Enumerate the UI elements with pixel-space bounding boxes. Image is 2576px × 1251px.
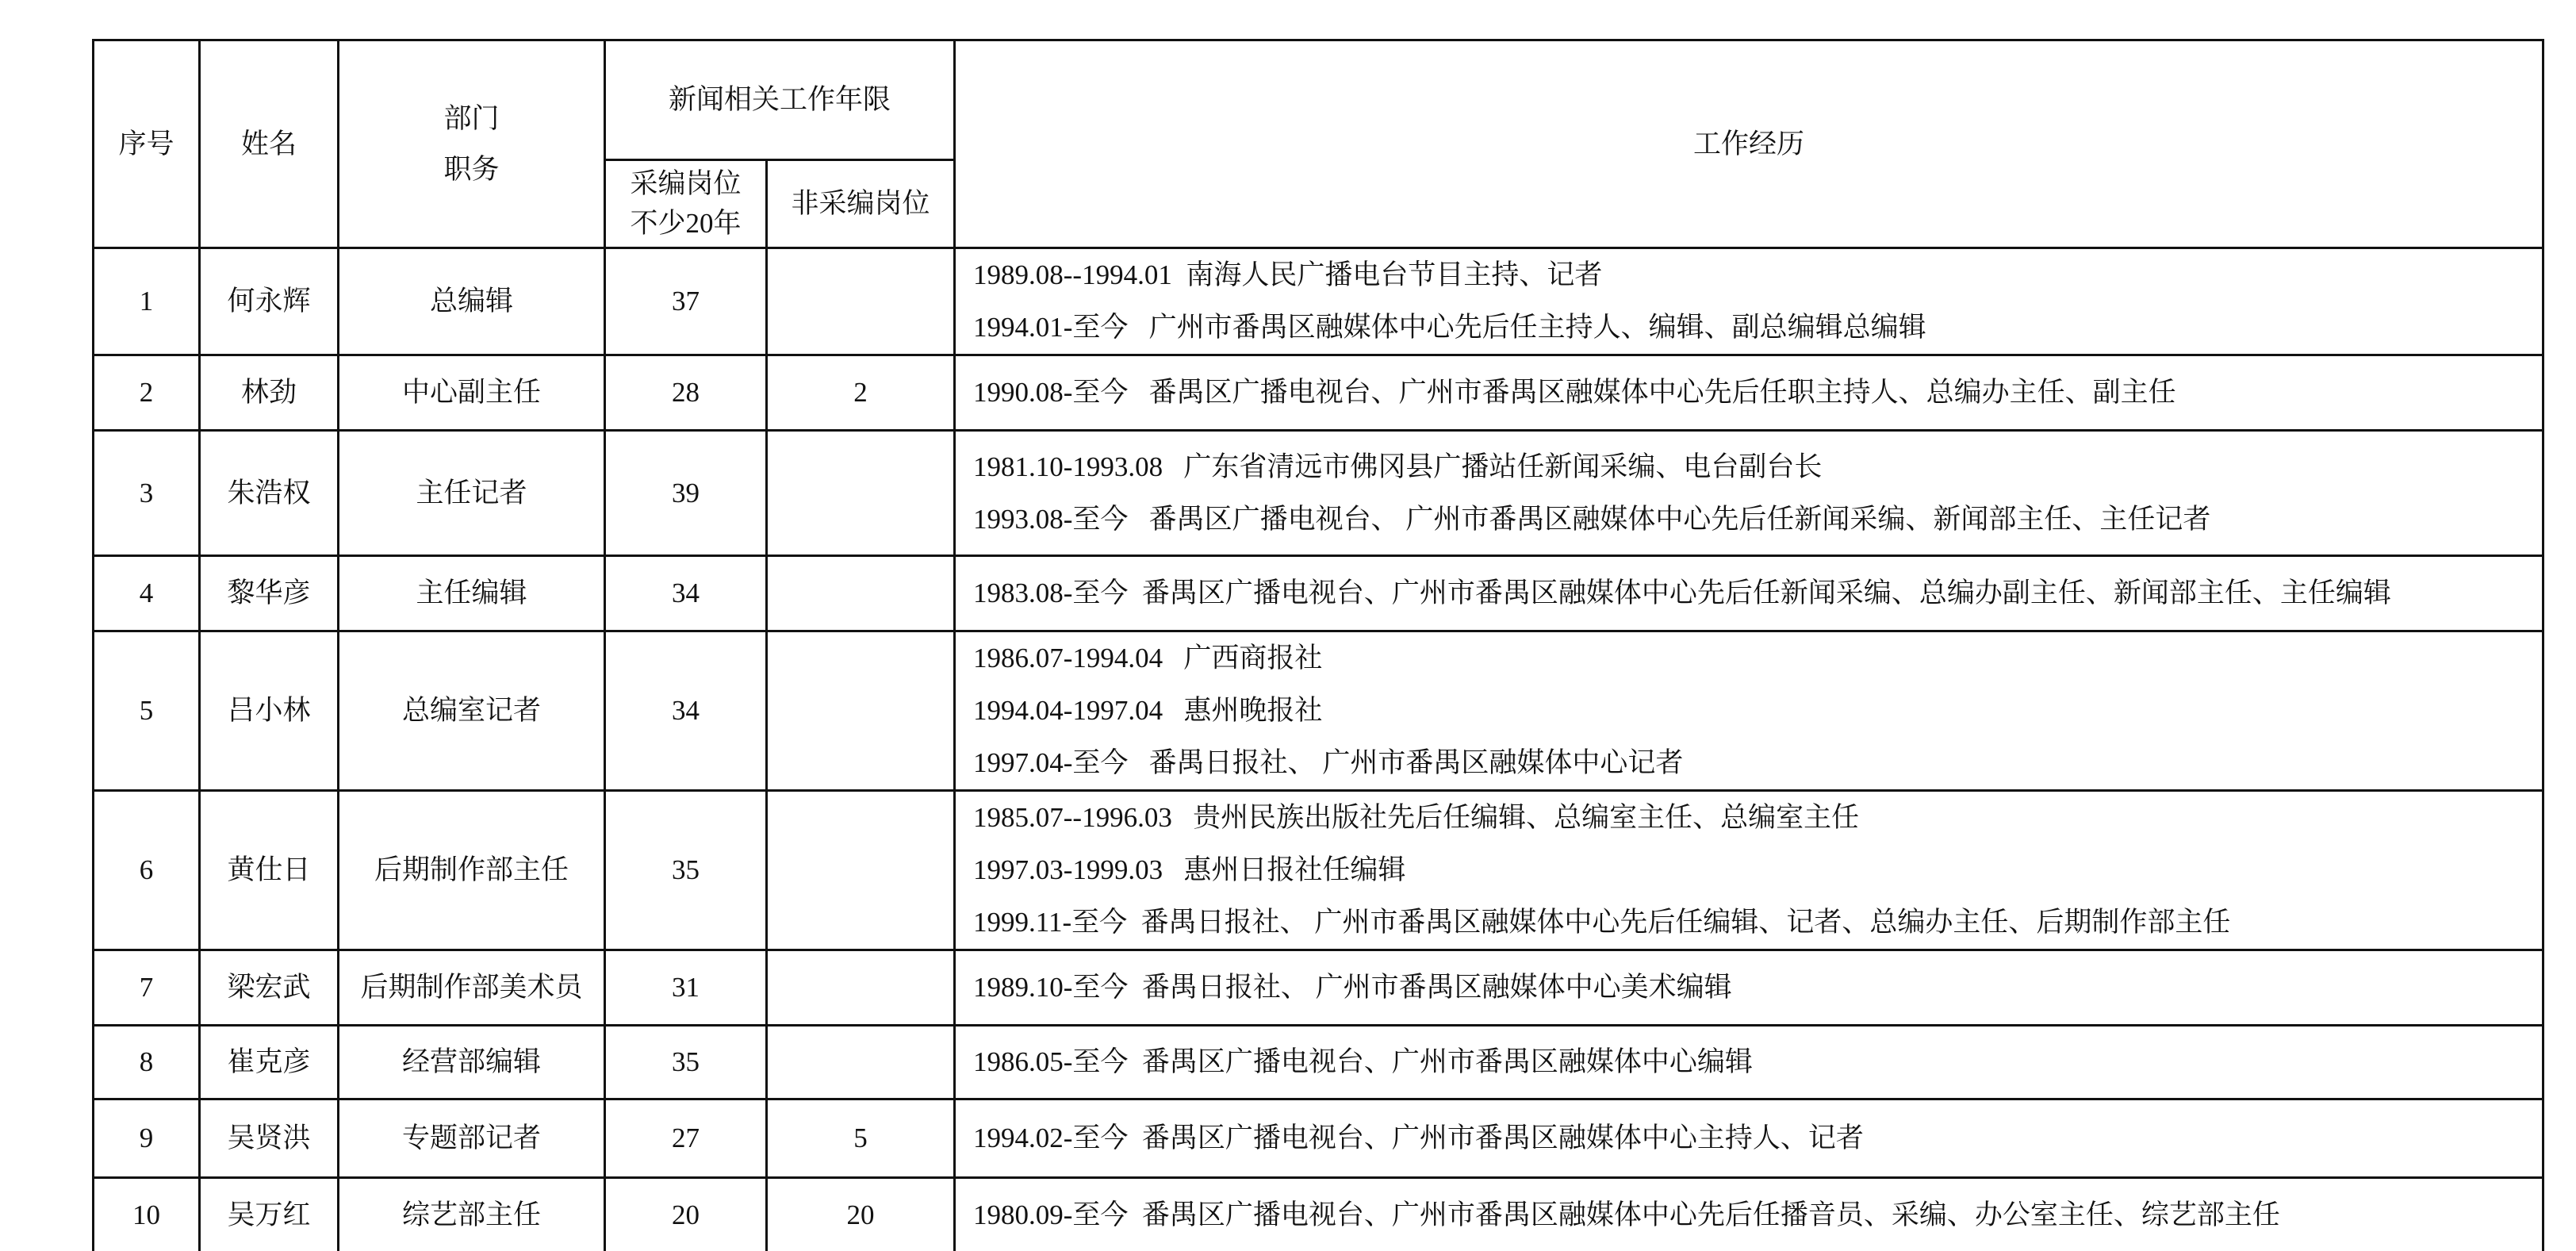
header-dept: 部门	[339, 94, 604, 144]
cell-name: 何永辉	[200, 248, 339, 355]
experience-line: 1981.10-1993.08 广东省清远市佛冈县广播站任新闻采编、电台副台长	[973, 441, 2542, 493]
cell-editorial-years: 39	[605, 431, 767, 556]
cell-seq: 4	[94, 556, 200, 631]
cell-non-editorial-years	[767, 1026, 955, 1099]
header-years-group: 新闻相关工作年限	[605, 40, 955, 160]
cell-non-editorial-years	[767, 556, 955, 631]
cell-name: 林劲	[200, 355, 339, 431]
cell-position: 专题部记者	[339, 1099, 605, 1178]
header-editorial-line1: 采编岗位	[606, 164, 765, 204]
experience-line: 1999.11-至今 番禺日报社、 广州市番禺区融媒体中心先后任编辑、记者、总编…	[973, 896, 2542, 949]
cell-position: 主任编辑	[339, 556, 605, 631]
experience-line: 1990.08-至今 番禺区广播电视台、广州市番禺区融媒体中心先后任职主持人、总…	[973, 366, 2542, 419]
experience-line: 1997.04-至今 番禺日报社、 广州市番禺区融媒体中心记者	[973, 737, 2542, 789]
cell-position: 总编辑	[339, 248, 605, 355]
cell-seq: 10	[94, 1178, 200, 1251]
experience-line: 1985.07--1996.03 贵州民族出版社先后任编辑、总编室主任、总编室主…	[973, 792, 2542, 844]
cell-experience: 1985.07--1996.03 贵州民族出版社先后任编辑、总编室主任、总编室主…	[955, 791, 2543, 950]
cell-name: 崔克彦	[200, 1026, 339, 1099]
cell-name: 吴贤洪	[200, 1099, 339, 1178]
table-row: 1 何永辉 总编辑 37 1989.08--1994.01 南海人民广播电台节目…	[94, 248, 2543, 355]
cell-name: 黄仕日	[200, 791, 339, 950]
cell-experience: 1980.09-至今 番禺区广播电视台、广州市番禺区融媒体中心先后任播音员、采编…	[955, 1178, 2543, 1251]
table-row: 9 吴贤洪 专题部记者 27 5 1994.02-至今 番禺区广播电视台、广州市…	[94, 1099, 2543, 1178]
cell-name: 吕小林	[200, 631, 339, 791]
cell-experience: 1989.10-至今 番禺日报社、 广州市番禺区融媒体中心美术编辑	[955, 950, 2543, 1026]
cell-seq: 2	[94, 355, 200, 431]
cell-position: 经营部编辑	[339, 1026, 605, 1099]
table-row: 10 吴万红 综艺部主任 20 20 1980.09-至今 番禺区广播电视台、广…	[94, 1178, 2543, 1251]
experience-line: 1994.01-至今 广州市番禺区融媒体中心先后任主持人、编辑、副总编辑总编辑	[973, 301, 2542, 354]
cell-seq: 6	[94, 791, 200, 950]
cell-seq: 9	[94, 1099, 200, 1178]
experience-line: 1989.10-至今 番禺日报社、 广州市番禺区融媒体中心美术编辑	[973, 961, 2542, 1014]
cell-editorial-years: 31	[605, 950, 767, 1026]
header-experience: 工作经历	[955, 40, 2543, 248]
staff-experience-table: 序号 姓名 部门 职务 新闻相关工作年限 工作经历 采编岗位 不少20年 非采编…	[92, 39, 2544, 1251]
cell-non-editorial-years	[767, 950, 955, 1026]
cell-seq: 3	[94, 431, 200, 556]
cell-name: 朱浩权	[200, 431, 339, 556]
cell-editorial-years: 20	[605, 1178, 767, 1251]
experience-line: 1993.08-至今 番禺区广播电视台、 广州市番禺区融媒体中心先后任新闻采编、…	[973, 493, 2542, 546]
cell-experience: 1989.08--1994.01 南海人民广播电台节目主持、记者1994.01-…	[955, 248, 2543, 355]
cell-non-editorial-years: 2	[767, 355, 955, 431]
experience-line: 1983.08-至今 番禺区广播电视台、广州市番禺区融媒体中心先后任新闻采编、总…	[973, 567, 2542, 620]
cell-editorial-years: 35	[605, 791, 767, 950]
cell-editorial-years: 35	[605, 1026, 767, 1099]
table-row: 4 黎华彦 主任编辑 34 1983.08-至今 番禺区广播电视台、广州市番禺区…	[94, 556, 2543, 631]
header-seq: 序号	[94, 40, 200, 248]
cell-editorial-years: 34	[605, 556, 767, 631]
cell-position: 后期制作部美术员	[339, 950, 605, 1026]
cell-position: 综艺部主任	[339, 1178, 605, 1251]
cell-experience: 1986.07-1994.04 广西商报社1994.04-1997.04 惠州晚…	[955, 631, 2543, 791]
cell-editorial-years: 34	[605, 631, 767, 791]
header-name: 姓名	[200, 40, 339, 248]
cell-experience: 1994.02-至今 番禺区广播电视台、广州市番禺区融媒体中心主持人、记者	[955, 1099, 2543, 1178]
header-dept-position: 部门 职务	[339, 40, 605, 248]
cell-editorial-years: 28	[605, 355, 767, 431]
table-row: 7 梁宏武 后期制作部美术员 31 1989.10-至今 番禺日报社、 广州市番…	[94, 950, 2543, 1026]
cell-experience: 1986.05-至今 番禺区广播电视台、广州市番禺区融媒体中心编辑	[955, 1026, 2543, 1099]
header-position: 职务	[339, 144, 604, 195]
cell-experience: 1990.08-至今 番禺区广播电视台、广州市番禺区融媒体中心先后任职主持人、总…	[955, 355, 2543, 431]
cell-name: 黎华彦	[200, 556, 339, 631]
experience-line: 1989.08--1994.01 南海人民广播电台节目主持、记者	[973, 249, 2542, 301]
header-editorial-years: 采编岗位 不少20年	[605, 160, 767, 248]
experience-line: 1986.05-至今 番禺区广播电视台、广州市番禺区融媒体中心编辑	[973, 1036, 2542, 1088]
cell-non-editorial-years	[767, 431, 955, 556]
cell-name: 吴万红	[200, 1178, 339, 1251]
cell-non-editorial-years: 5	[767, 1099, 955, 1178]
cell-seq: 1	[94, 248, 200, 355]
cell-seq: 5	[94, 631, 200, 791]
table-row: 6 黄仕日 后期制作部主任 35 1985.07--1996.03 贵州民族出版…	[94, 791, 2543, 950]
header-non-editorial-years: 非采编岗位	[767, 160, 955, 248]
table-row: 3 朱浩权 主任记者 39 1981.10-1993.08 广东省清远市佛冈县广…	[94, 431, 2543, 556]
cell-experience: 1981.10-1993.08 广东省清远市佛冈县广播站任新闻采编、电台副台长1…	[955, 431, 2543, 556]
experience-line: 1994.04-1997.04 惠州晚报社	[973, 685, 2542, 737]
table-row: 8 崔克彦 经营部编辑 35 1986.05-至今 番禺区广播电视台、广州市番禺…	[94, 1026, 2543, 1099]
cell-non-editorial-years	[767, 248, 955, 355]
table-row: 5 吕小林 总编室记者 34 1986.07-1994.04 广西商报社1994…	[94, 631, 2543, 791]
cell-position: 后期制作部主任	[339, 791, 605, 950]
cell-non-editorial-years	[767, 791, 955, 950]
table-row: 2 林劲 中心副主任 28 2 1990.08-至今 番禺区广播电视台、广州市番…	[94, 355, 2543, 431]
cell-editorial-years: 37	[605, 248, 767, 355]
experience-line: 1980.09-至今 番禺区广播电视台、广州市番禺区融媒体中心先后任播音员、采编…	[973, 1189, 2542, 1241]
cell-position: 主任记者	[339, 431, 605, 556]
cell-experience: 1983.08-至今 番禺区广播电视台、广州市番禺区融媒体中心先后任新闻采编、总…	[955, 556, 2543, 631]
experience-line: 1986.07-1994.04 广西商报社	[973, 632, 2542, 685]
experience-line: 1997.03-1999.03 惠州日报社任编辑	[973, 844, 2542, 896]
cell-editorial-years: 27	[605, 1099, 767, 1178]
cell-position: 总编室记者	[339, 631, 605, 791]
cell-name: 梁宏武	[200, 950, 339, 1026]
cell-non-editorial-years: 20	[767, 1178, 955, 1251]
cell-seq: 8	[94, 1026, 200, 1099]
header-editorial-line2: 不少20年	[606, 204, 765, 244]
cell-position: 中心副主任	[339, 355, 605, 431]
cell-seq: 7	[94, 950, 200, 1026]
experience-line: 1994.02-至今 番禺区广播电视台、广州市番禺区融媒体中心主持人、记者	[973, 1112, 2542, 1165]
cell-non-editorial-years	[767, 631, 955, 791]
